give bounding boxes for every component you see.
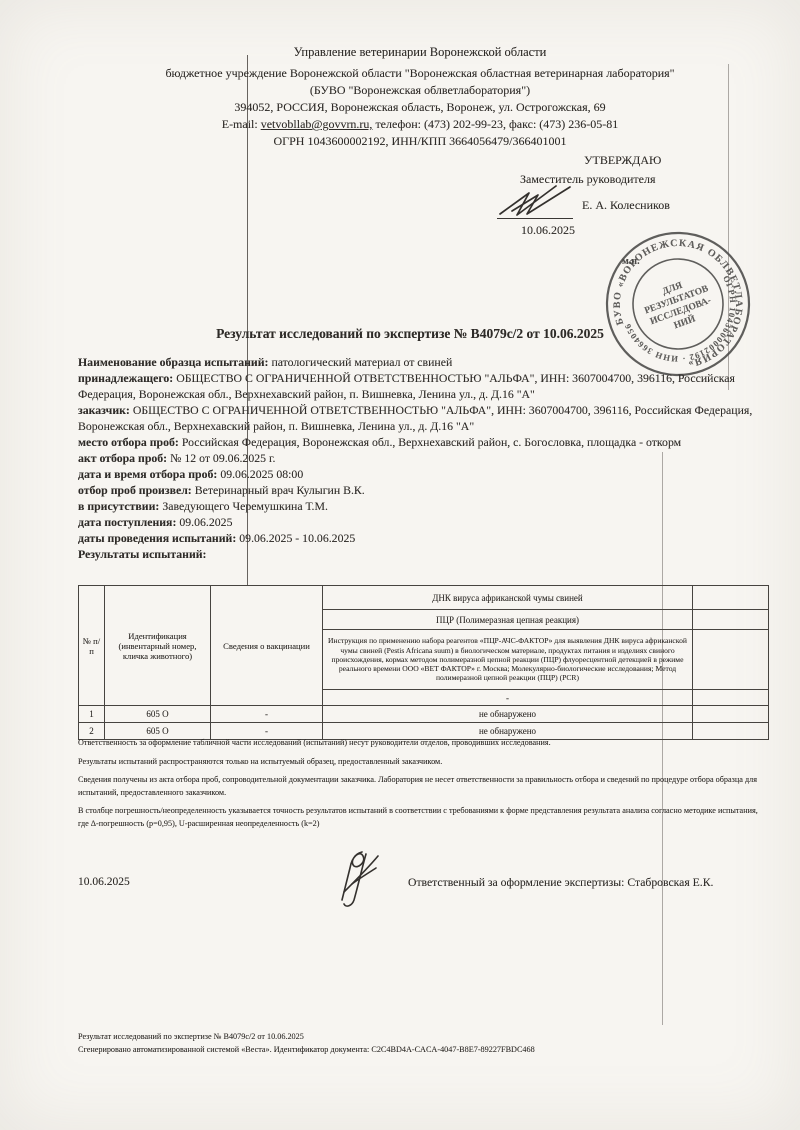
detail-label: дата и время отбора проб: (78, 467, 217, 481)
method-description: Инструкция по применению набора реагенто… (323, 630, 693, 690)
sample-details: Наименование образца испытаний:патологич… (78, 354, 770, 562)
detail-label: принадлежащего: (78, 371, 173, 385)
signature-line (497, 218, 573, 219)
row-uncertainty (693, 706, 769, 723)
org-name-line: Управление ветеринарии Воронежской облас… (50, 44, 790, 61)
analyte-group-header: ДНК вируса африканской чумы свиней (323, 586, 693, 610)
org-ogrn-line: ОГРН 1043600002192, ИНН/КПП 3664056479/3… (50, 133, 790, 150)
col-header-num: № п/п (79, 586, 105, 706)
approval-date: 10.06.2025 (521, 223, 575, 238)
responsible-signature (332, 848, 390, 912)
detail-value: Российская Федерация, Воронежская обл., … (182, 435, 681, 449)
detail-label: Наименование образца испытаний: (78, 355, 268, 369)
detail-label: даты проведения испытаний: (78, 531, 236, 545)
uncertainty-dash: - (323, 690, 693, 706)
approve-label: УТВЕРЖДАЮ (584, 153, 661, 167)
document-title: Результат исследований по экспертизе № В… (40, 326, 780, 342)
detail-label: отбор проб произвел: (78, 483, 192, 497)
footer-line: Сгенерировано автоматизированной системо… (78, 1043, 778, 1056)
detail-line: Результаты испытаний: (78, 546, 770, 562)
method-group-header: ПЦР (Полимеразная цепная реакция) (323, 610, 693, 630)
uncertainty-col-header (693, 586, 769, 610)
detail-value: 09.06.2025 - 10.06.2025 (239, 531, 355, 545)
detail-value: патологический материал от свиней (271, 355, 452, 369)
note-line: Ответственность за оформление табличной … (78, 737, 770, 750)
results-table: № п/п Идентификация (инвентарный номер, … (78, 585, 769, 740)
stamp-mp-label: м.п. (622, 256, 640, 267)
org-fullname-line: бюджетное учреждение Воронежской области… (50, 65, 790, 82)
detail-line: отбор проб произвел:Ветеринарный врач Ку… (78, 482, 770, 498)
detail-line: даты проведения испытаний:09.06.2025 - 1… (78, 530, 770, 546)
detail-label: в присутствии: (78, 499, 159, 513)
detail-value: ОБЩЕСТВО С ОГРАНИЧЕННОЙ ОТВЕТСТВЕННОСТЬЮ… (78, 371, 735, 401)
detail-label: дата поступления: (78, 515, 176, 529)
detail-line: в присутствии:Заведующего Черемушкина Т.… (78, 498, 770, 514)
detail-label: место отбора проб: (78, 435, 179, 449)
scanned-document-page: Управление ветеринарии Воронежской облас… (0, 0, 800, 1130)
detail-value: Ветеринарный врач Кулыгин В.К. (195, 483, 365, 497)
phone-fax: телефон: (473) 202-99-23, факс: (473) 23… (375, 117, 618, 131)
org-contacts-line: E-mail: vetvobllab@govvrn.ru, телефон: (… (50, 116, 790, 133)
detail-line: акт отбора проб:№ 12 от 09.06.2025 г. (78, 450, 770, 466)
detail-line: место отбора проб:Российская Федерация, … (78, 434, 770, 450)
disclaimer-notes: Ответственность за оформление табличной … (78, 737, 770, 836)
signoff-date: 10.06.2025 (78, 876, 130, 888)
approval-block: УТВЕРЖДАЮ (584, 153, 661, 168)
row-vaccination: - (211, 706, 323, 723)
email-label: E-mail: (222, 117, 258, 131)
detail-line: заказчик:ОБЩЕСТВО С ОГРАНИЧЕННОЙ ОТВЕТСТ… (78, 402, 770, 434)
col-header-vaccination: Сведения о вакцинации (211, 586, 323, 706)
detail-value: 09.06.2025 08:00 (220, 467, 303, 481)
detail-label: заказчик: (78, 403, 130, 417)
detail-label: акт отбора проб: (78, 451, 167, 465)
note-line: Результаты испытаний распространяются то… (78, 756, 770, 769)
detail-value: № 12 от 09.06.2025 г. (170, 451, 275, 465)
org-address-line: 394052, РОССИЯ, Воронежская область, Вор… (50, 99, 790, 116)
document-footer: Результат исследований по экспертизе № В… (78, 1030, 778, 1056)
responsible-person: Ответственный за оформление экспертизы: … (408, 876, 713, 889)
col-header-identification: Идентификация (инвентарный номер, кличка… (105, 586, 211, 706)
detail-line: Наименование образца испытаний:патологич… (78, 354, 770, 370)
row-num: 1 (79, 706, 105, 723)
approver-name: Е. А. Колесников (582, 198, 670, 213)
detail-line: дата поступления:09.06.2025 (78, 514, 770, 530)
table-row: 1 605 О - не обнаружено (79, 706, 769, 723)
detail-value: Заведующего Черемушкина Т.М. (162, 499, 328, 513)
detail-line: принадлежащего:ОБЩЕСТВО С ОГРАНИЧЕННОЙ О… (78, 370, 770, 402)
table-header-row: № п/п Идентификация (инвентарный номер, … (79, 586, 769, 610)
detail-label: Результаты испытаний: (78, 547, 206, 561)
email-address: vetvobllab@govvrn.ru, (261, 117, 373, 131)
note-line: Сведения получены из акта отбора проб, с… (78, 774, 770, 799)
detail-value: 09.06.2025 (179, 515, 232, 529)
note-line: В столбце погрешность/неопределенность у… (78, 805, 770, 830)
approver-signature (496, 180, 580, 222)
org-shortname-line: (БУВО "Воронежская облветлаборатория") (50, 82, 790, 99)
footer-line: Результат исследований по экспертизе № В… (78, 1030, 778, 1043)
row-result: не обнаружено (323, 706, 693, 723)
detail-line: дата и время отбора проб:09.06.2025 08:0… (78, 466, 770, 482)
row-identification: 605 О (105, 706, 211, 723)
detail-value: ОБЩЕСТВО С ОГРАНИЧЕННОЙ ОТВЕТСТВЕННОСТЬЮ… (78, 403, 752, 433)
letterhead: Управление ветеринарии Воронежской облас… (50, 44, 790, 150)
